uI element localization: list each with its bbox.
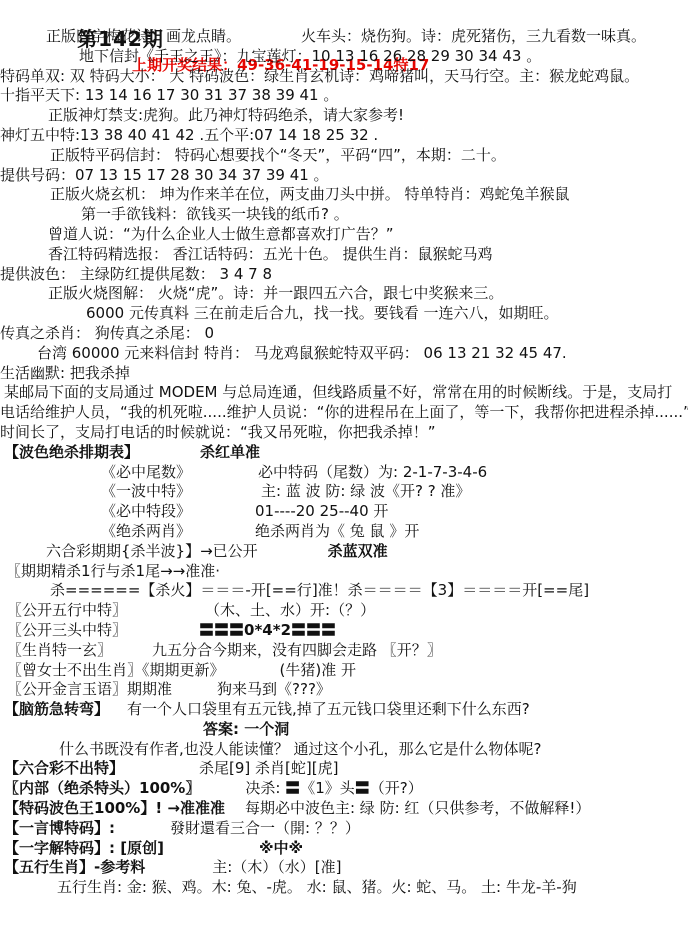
text-segment: 正版特平码信封： 特码心想要找个“冬天”，平码“四”，本期：二十。	[50, 146, 506, 166]
text-segment: 神灯五中特:13 38 40 41 42 .五个平:07 14 18 25 32…	[0, 126, 378, 146]
text-segment: 〖期期精杀1行与杀1尾→→准准·	[6, 562, 220, 582]
text-segment: 〖公开金言玉语〗期期准	[7, 680, 172, 700]
tip-lines: 正版四字梅花诗：画龙点睛。火车头：烧伤狗。诗：虎死猪伤，三九看数一味真。地下信封…	[0, 27, 688, 898]
text-line: 《必中特段》01----20 25--40 开	[0, 502, 688, 522]
text-segment: 地下信封《千王之王》：九宝莲灯：10 13 16 26 28 29 30 34 …	[79, 47, 541, 67]
text-line: 提供号码：07 13 15 17 28 30 34 37 39 41 。	[0, 166, 688, 186]
text-segment: 什么书既没有作者,也没人能读懂？ 通过这个小孔，那么它是什么物体呢?	[59, 740, 542, 760]
text-line: 【一字解特码】: [原创]※中※	[0, 839, 688, 859]
text-segment: 《绝杀两肖》	[101, 522, 191, 542]
text-segment: 香江特码精选报： 香江话特码：五光十色。 提供生肖：鼠猴蛇马鸡	[48, 245, 493, 265]
text-line: 〖公开三头中特〗〓〓〓0*4*2〓〓〓	[0, 621, 688, 641]
text-segment: 杀尾[9] 杀肖[蛇][虎]	[199, 759, 338, 779]
text-segment: 正版四字梅花诗：画龙点睛。	[46, 27, 241, 47]
text-line: 神灯五中特:13 38 40 41 42 .五个平:07 14 18 25 32…	[0, 126, 688, 146]
text-segment: 主: 蓝 波 防: 绿 波《开? ? 准》	[261, 482, 470, 502]
text-line: 《必中尾数》必中特码（尾数）为: 2-1-7-3-4-6	[0, 463, 688, 483]
text-line: 十指平天下: 13 14 16 17 30 31 37 38 39 41 。	[0, 86, 688, 106]
text-segment: 九五分合今期来，没有四脚会走路 〖开？〗	[152, 641, 442, 661]
text-segment: 【五行生肖】-参考料	[4, 858, 145, 878]
text-line: 六合彩期期{杀半波}】→已公开杀蓝双准	[0, 542, 688, 562]
text-line: 某邮局下面的支局通过 MODEM 与总局连通，但线路质量不好，常常在用的时候断线…	[0, 383, 688, 403]
text-line: 6000 元传真料 三在前走后合九，找一找。要钱看 一连六八，如期旺。	[0, 304, 688, 324]
text-segment: 【特码波色王100%】! →准准准	[4, 799, 225, 819]
text-segment: 01----20 25--40 开	[255, 502, 388, 522]
text-segment: 正版火烧图解： 火烧“虎”。诗：并一跟四五六合，跟七中奖猴来三。	[48, 284, 503, 304]
text-segment: 杀红单准	[200, 443, 260, 463]
text-line: 电话给维护人员，“我的机死啦.....维护人员说：“你的进程吊在上面了，等一下，…	[0, 403, 688, 423]
text-segment: 十指平天下: 13 14 16 17 30 31 37 38 39 41 。	[0, 86, 338, 106]
text-line: 【六合彩不出特】杀尾[9] 杀肖[蛇][虎]	[0, 759, 688, 779]
text-segment: 火车头：烧伤狗。诗：虎死猪伤，三九看数一味真。	[301, 27, 646, 47]
text-line: 《一波中特》主: 蓝 波 防: 绿 波《开? ? 准》	[0, 482, 688, 502]
text-segment: 电话给维护人员，“我的机死啦.....维护人员说：“你的进程吊在上面了，等一下，…	[0, 403, 688, 423]
text-segment: 答案: 一个洞	[203, 720, 289, 740]
text-line: 正版火烧玄机： 坤为作来羊在位，两支曲刀头中拼。 特单特肖：鸡蛇兔羊猴鼠	[0, 185, 688, 205]
text-segment: 【脑筋急转弯】	[4, 700, 109, 720]
text-line: 提供波色： 主绿防红提供尾数： 3 4 7 8	[0, 265, 688, 285]
text-line: 正版火烧图解： 火烧“虎”。诗：并一跟四五六合，跟七中奖猴来三。	[0, 284, 688, 304]
text-line: 地下信封《千王之王》：九宝莲灯：10 13 16 26 28 29 30 34 …	[0, 47, 688, 67]
text-segment: 第一手欲钱料：欲钱买一块钱的纸币? 。	[81, 205, 349, 225]
text-segment: 某邮局下面的支局通过 MODEM 与总局连通，但线路质量不好，常常在用的时候断线…	[4, 383, 672, 403]
text-segment: 《必中尾数》	[101, 463, 191, 483]
text-line: 【波色绝杀排期表】杀红单准	[0, 443, 688, 463]
text-segment: 【一字解特码】: [原创]	[4, 839, 164, 859]
text-segment: 正版神灯禁支:虎狗。此乃神灯特码绝杀，请大家参考!	[48, 106, 404, 126]
text-segment: 〖生肖特一玄〗	[7, 641, 112, 661]
text-line: 〖内部（绝杀特头）100%〗决杀: 〓《1》头〓（开?）	[0, 779, 688, 799]
text-segment: 生活幽默: 把我杀掉	[0, 364, 130, 384]
text-line: 【脑筋急转弯】有一个人口袋里有五元钱,掉了五元钱口袋里还剩下什么东西?	[0, 700, 688, 720]
text-segment: （开?）	[370, 779, 423, 799]
text-line: 杀======【杀火】＝＝＝-开[==行]准！杀＝＝＝＝【3】＝＝＝＝开[==尾…	[0, 581, 688, 601]
text-line: 答案: 一个洞	[0, 720, 688, 740]
text-segment: 【六合彩不出特】	[4, 759, 124, 779]
text-line: 时间长了，支局打电话的时候就说：“我又吊死啦，你把我杀掉！”	[0, 423, 688, 443]
text-line: 【一言博特码】:發財還看三合一（開: ？？）	[0, 819, 688, 839]
text-segment: 〓〓〓0*4*2〓〓〓	[199, 621, 336, 641]
text-segment: （木、土、水）开:（？）	[205, 601, 375, 621]
text-segment: 每期必中波色主: 绿 防: 红（只供参考，不做解释!）	[245, 799, 590, 819]
text-segment: 發財還看三合一（開: ？？）	[170, 819, 360, 839]
text-segment: 《必中特段》	[101, 502, 191, 522]
text-segment: 决杀:	[245, 779, 285, 799]
text-segment: 狗来马到《???》	[217, 680, 331, 700]
text-line: 〖曾女士不出生肖〗《期期更新》(牛猪)准 开	[0, 661, 688, 681]
text-line: 什么书既没有作者,也没人能读懂？ 通过这个小孔，那么它是什么物体呢?	[0, 740, 688, 760]
text-line: 〖期期精杀1行与杀1尾→→准准·	[0, 562, 688, 582]
text-segment: 特码单双: 双 特码大小： 大 特码波色：绿生肖玄机诗：鸡啼猪叫，天马行空。主：…	[0, 67, 639, 87]
text-line: 传真之杀肖： 狗传真之杀尾： 0	[0, 324, 688, 344]
text-segment: 《一波中特》	[101, 482, 191, 502]
text-line: 〖公开金言玉语〗期期准狗来马到《???》	[0, 680, 688, 700]
text-line: 生活幽默: 把我杀掉	[0, 364, 688, 384]
text-segment: 台湾 60000 元来料信封 特肖： 马龙鸡鼠猴蛇特双平码： 06 13 21 …	[37, 344, 567, 364]
header-line: 第142期 上期开奖结果：49-36-41-19-15-14特17	[0, 3, 688, 27]
text-line: 【五行生肖】-参考料主:（木）（水）[准]	[0, 858, 688, 878]
text-segment: 提供号码：07 13 15 17 28 30 34 37 39 41 。	[0, 166, 329, 186]
text-segment: 主:（木）（水）[准]	[212, 858, 341, 878]
text-segment: (牛猪)准 开	[280, 661, 356, 681]
text-segment: 【波色绝杀排期表】	[4, 443, 139, 463]
text-segment: 时间长了，支局打电话的时候就说：“我又吊死啦，你把我杀掉！”	[0, 423, 436, 443]
text-line: 曾道人说：“为什么企业人士做生意都喜欢打广告？”	[0, 225, 688, 245]
text-segment: 传真之杀肖： 狗传真之杀尾： 0	[0, 324, 214, 344]
text-line: 正版特平码信封： 特码心想要找个“冬天”，平码“四”，本期：二十。	[0, 146, 688, 166]
text-segment: ※中※	[259, 839, 303, 859]
text-line: 五行生肖: 金: 猴、鸡。木: 兔、-虎。 水: 鼠、猪。火: 蛇、马。 土: …	[0, 878, 688, 898]
text-line: 《绝杀两肖》绝杀两肖为《 兔 鼠 》开	[0, 522, 688, 542]
text-line: 第一手欲钱料：欲钱买一块钱的纸币? 。	[0, 205, 688, 225]
text-line: 正版神灯禁支:虎狗。此乃神灯特码绝杀，请大家参考!	[0, 106, 688, 126]
text-segment: 绝杀两肖为《 兔 鼠 》开	[255, 522, 419, 542]
text-segment: 必中特码（尾数）为: 2-1-7-3-4-6	[258, 463, 487, 483]
text-segment: 五行生肖: 金: 猴、鸡。木: 兔、-虎。 水: 鼠、猪。火: 蛇、马。 土: …	[57, 878, 577, 898]
text-segment: 提供波色： 主绿防红提供尾数： 3 4 7 8	[0, 265, 272, 285]
text-segment: 正版火烧玄机： 坤为作来羊在位，两支曲刀头中拼。 特单特肖：鸡蛇兔羊猴鼠	[50, 185, 570, 205]
text-line: 台湾 60000 元来料信封 特肖： 马龙鸡鼠猴蛇特双平码： 06 13 21 …	[0, 344, 688, 364]
text-line: 特码单双: 双 特码大小： 大 特码波色：绿生肖玄机诗：鸡啼猪叫，天马行空。主：…	[0, 67, 688, 87]
text-segment: 曾道人说：“为什么企业人士做生意都喜欢打广告？”	[48, 225, 394, 245]
text-segment: 《1》头	[300, 779, 355, 799]
text-segment: 〖公开三头中特〗	[7, 621, 127, 641]
text-segment: 【一言博特码】:	[4, 819, 115, 839]
text-segment: 〖内部（绝杀特头）100%〗	[4, 779, 200, 799]
lottery-tip-sheet: 第142期 上期开奖结果：49-36-41-19-15-14特17 正版四字梅花…	[0, 0, 688, 898]
text-segment: 杀蓝双准	[328, 542, 388, 562]
text-line: 正版四字梅花诗：画龙点睛。火车头：烧伤狗。诗：虎死猪伤，三九看数一味真。	[0, 27, 688, 47]
text-segment: 〓	[355, 779, 370, 799]
text-segment: 六合彩期期{杀半波}】→已公开	[46, 542, 258, 562]
text-segment: 杀======【杀火】＝＝＝-开[==行]准！杀＝＝＝＝【3】＝＝＝＝开[==尾…	[50, 581, 589, 601]
text-segment: 〓	[285, 779, 300, 799]
text-segment: 〖曾女士不出生肖〗《期期更新》	[7, 661, 225, 681]
text-segment: 〖公开五行中特〗	[7, 601, 127, 621]
text-line: 香江特码精选报： 香江话特码：五光十色。 提供生肖：鼠猴蛇马鸡	[0, 245, 688, 265]
text-line: 〖生肖特一玄〗九五分合今期来，没有四脚会走路 〖开？〗	[0, 641, 688, 661]
text-segment: 有一个人口袋里有五元钱,掉了五元钱口袋里还剩下什么东西?	[127, 700, 530, 720]
text-line: 〖公开五行中特〗（木、土、水）开:（？）	[0, 601, 688, 621]
text-line: 【特码波色王100%】! →准准准每期必中波色主: 绿 防: 红（只供参考，不做…	[0, 799, 688, 819]
text-segment: 6000 元传真料 三在前走后合九，找一找。要钱看 一连六八，如期旺。	[86, 304, 558, 324]
